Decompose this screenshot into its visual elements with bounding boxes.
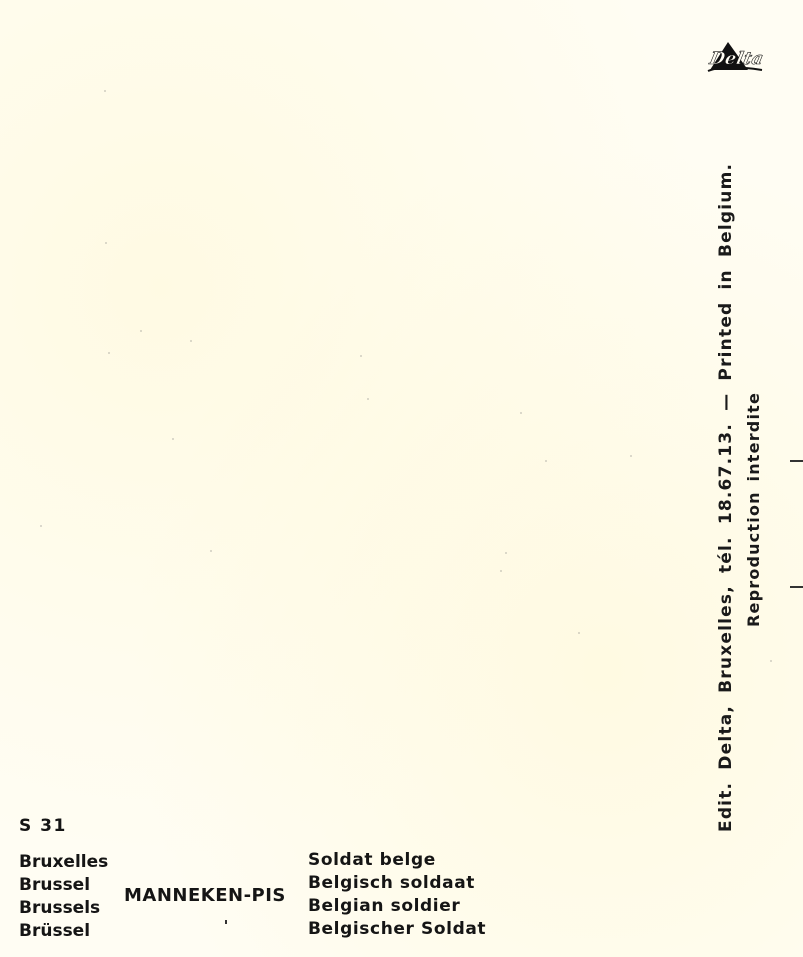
caption-line: Soldat belge [308,849,486,872]
fold-mark [790,460,803,462]
scan-speck [140,330,142,332]
city-name: Bruxelles [19,851,108,874]
print-mark [225,920,227,924]
caption-line: Belgisch soldaat [308,872,486,895]
scan-speck [210,550,212,552]
postcard-back: Delta Edit. Delta, Bruxelles, tél. 18.67… [0,0,803,957]
caption-list: Soldat belge Belgisch soldaat Belgian so… [308,849,486,941]
scan-speck [40,525,42,527]
reproduction-notice: Reproduction interdite [744,392,763,627]
scan-speck [104,90,106,92]
scan-speck [367,398,369,400]
scan-speck [578,632,580,634]
city-name: Brüssel [19,920,108,943]
scan-speck [630,455,632,457]
city-name-list: Bruxelles Brussel Brussels Brüssel [19,851,108,943]
logo-wordmark: Delta [708,49,766,69]
card-title: MANNEKEN-PIS [124,885,286,906]
caption-line: Belgischer Soldat [308,918,486,941]
scan-speck [500,570,502,572]
caption-line: Belgian soldier [308,895,486,918]
scan-speck [520,412,522,414]
scan-speck [505,552,507,554]
city-name: Brussel [19,874,108,897]
delta-logo: Delta [704,40,766,76]
fold-mark [790,586,803,588]
scan-speck [360,355,362,357]
scan-speck [190,340,192,342]
scan-speck [770,660,772,662]
scan-speck [545,460,547,462]
scan-speck [172,438,174,440]
scan-speck [105,242,107,244]
series-code: S 31 [19,816,67,836]
publisher-imprint: Edit. Delta, Bruxelles, tél. 18.67.13. —… [716,180,736,832]
scan-speck [108,352,110,354]
city-name: Brussels [19,897,108,920]
